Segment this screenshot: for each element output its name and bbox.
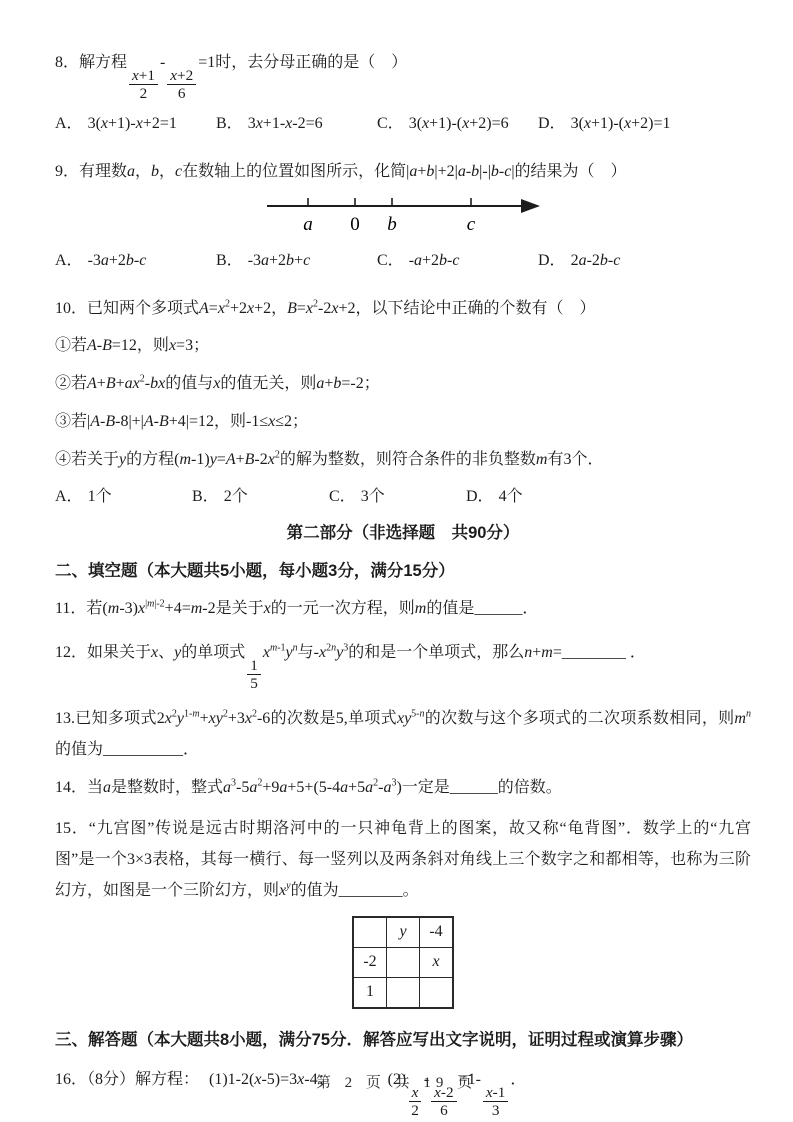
axis-label-b: b [387,214,397,235]
option-text: 3(x+1)-x+2=1 [88,115,177,132]
question-9-stem: 9．有理数a，b，c在数轴上的位置如图所示，化简|a+b|+2|a-b|-|b-… [55,157,751,187]
option-d: D．2a-2b-c [538,246,620,276]
option-d: D．4个 [466,482,603,512]
option-text: 2a-2b-c [571,252,621,269]
magic-square: y -4 -2 x 1 [352,916,454,1009]
option-c: C．3(x+1)-(x+2)=6 [377,109,538,139]
question-8-stem: 8．解方程x+12-x+26=1时，去分母正确的是（ ） [55,46,751,103]
question-11: 11．若(m-3)x|m|-2+4=m-2是关于x的一元一次方程，则m的值是__… [55,594,751,624]
magic-cell: y [387,917,420,948]
question-10-stem: 10．已知两个多项式A=x2+2x+2，B=x2-2x+2，以下结论中正确的个数… [55,294,751,324]
option-text: -3a+2b-c [88,252,147,269]
question-8-options: A．3(x+1)-x+2=1 B．3x+1-x-2=6 C．3(x+1)-(x+… [55,109,751,139]
option-text: -a+2b-c [409,252,460,269]
magic-cell [387,977,420,1008]
option-a: A．1个 [55,482,192,512]
question-10-item-4: ④若关于y的方程(m-1)y=A+B-2x2的解为整数，则符合条件的非负整数m有… [55,444,751,476]
option-d: D．3(x+1)-(x+2)=1 [538,109,671,139]
option-text: -3a+2b+c [248,252,311,269]
magic-cell [420,977,454,1008]
option-label: C． [329,488,356,505]
question-10-item-3: ③若|A-B-8|+|A-B+4|=12，则-1≤x≤2； [55,406,751,438]
arrow-right-icon [521,199,540,213]
question-14: 14．当a是整数时，整式a3-5a2+9a+5+(5-4a+5a2-a3)一定是… [55,773,751,803]
page-number: 第 2 页 共 19 页 [0,1071,793,1092]
option-text: 3(x+1)-(x+2)=1 [571,115,671,132]
magic-cell: 1 [353,977,387,1008]
option-b: B．3x+1-x-2=6 [216,109,377,139]
option-label: A． [55,115,83,132]
part2-title: 第二部分（非选择题 共90分） [55,518,751,548]
option-label: A． [55,488,83,505]
question-9-options: A．-3a+2b-c B．-3a+2b+c C．-a+2b-c D．2a-2b-… [55,246,751,276]
option-label: B． [216,252,243,269]
option-label: D． [538,115,566,132]
option-label: D． [538,252,566,269]
option-label: C． [377,252,404,269]
magic-cell [387,947,420,977]
axis-label-a: a [303,214,313,235]
option-text: 2个 [224,488,248,505]
magic-cell: -2 [353,947,387,977]
question-12: 12．如果关于x、y的单项式15xm-1yn与-x2ny3的和是一个单项式，那么… [55,636,751,693]
option-b: B．2个 [192,482,329,512]
number-line-figure: a 0 b c [55,193,751,242]
option-c: C．3个 [329,482,466,512]
exam-page: 8．解方程x+12-x+26=1时，去分母正确的是（ ） A．3(x+1)-x+… [0,0,793,1122]
number-line: a 0 b c [263,193,543,237]
option-a: A．-3a+2b-c [55,246,216,276]
option-label: B． [216,115,243,132]
option-text: 3个 [361,488,385,505]
section-fill-title: 二、填空题（本大题共5小题，每小题3分，满分15分） [55,556,751,586]
option-a: A．3(x+1)-x+2=1 [55,109,216,139]
option-text: 3(x+1)-(x+2)=6 [409,115,509,132]
question-13: 13.已知多项式2x2y1-m+xy2+3x2-6的次数是5,单项式xy5-n的… [55,703,751,765]
option-label: A． [55,252,83,269]
axis-label-0: 0 [350,214,360,235]
magic-cell: x [420,947,454,977]
option-label: B． [192,488,219,505]
option-text: 1个 [88,488,112,505]
axis-label-c: c [467,214,476,235]
section-solve-title: 三、解答题（本大题共8小题，满分75分．解答应写出文字说明，证明过程或演算步骤） [55,1025,751,1055]
question-15: 15．“九宫图”传说是远古时期洛河中的一只神龟背上的图案，故又称“龟背图”．数学… [55,813,751,906]
option-text: 3x+1-x-2=6 [248,115,323,132]
option-text: 4个 [499,488,523,505]
question-10-item-1: ①若A-B=12，则x=3； [55,330,751,362]
question-10-item-2: ②若A+B+ax2-bx的值与x的值无关，则a+b=-2； [55,368,751,400]
option-c: C．-a+2b-c [377,246,538,276]
magic-square-figure: y -4 -2 x 1 [55,916,751,1009]
magic-cell [353,917,387,948]
magic-cell: -4 [420,917,454,948]
option-b: B．-3a+2b+c [216,246,377,276]
option-label: D． [466,488,494,505]
question-10-options: A．1个 B．2个 C．3个 D．4个 [55,482,751,512]
option-label: C． [377,115,404,132]
